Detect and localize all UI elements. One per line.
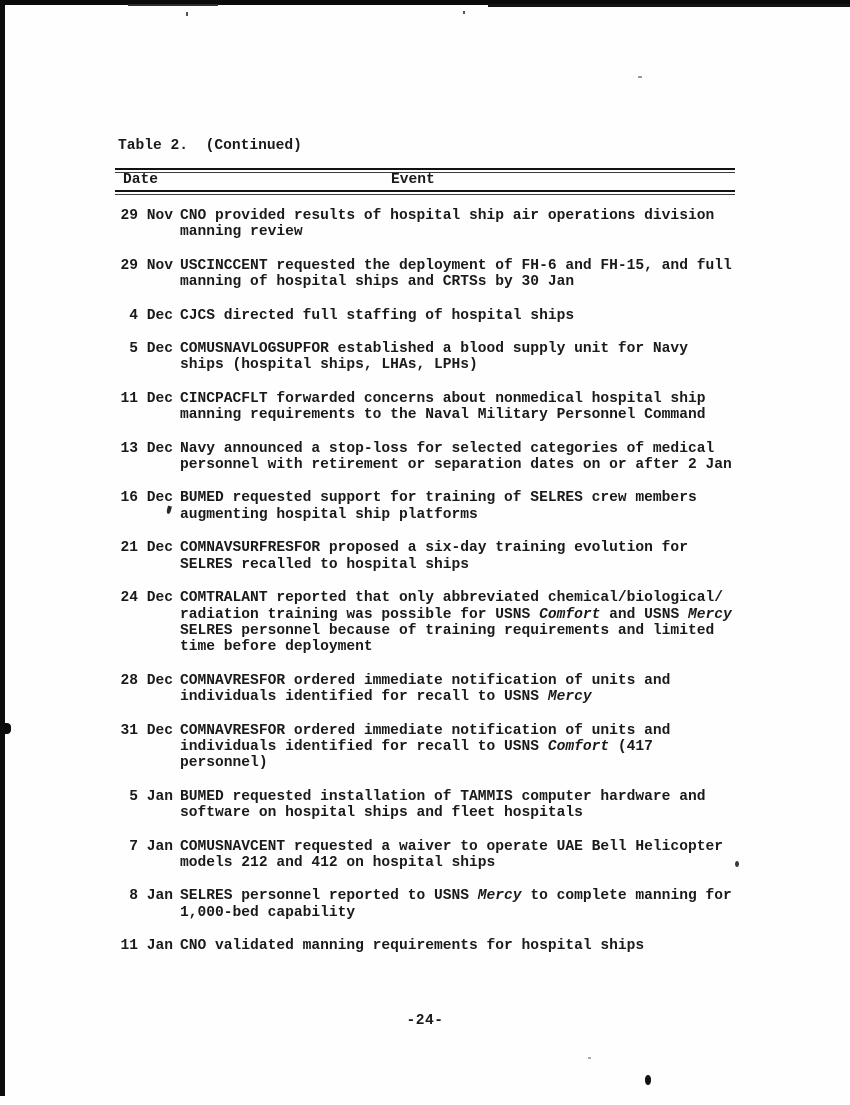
table-row: 4 DecCJCS directed full staffing of hosp…	[115, 308, 735, 324]
event-line: CINCPACFLT forwarded concerns about nonm…	[180, 391, 705, 407]
event-line: radiation training was possible for USNS…	[180, 607, 732, 623]
date-cell: 7 Jan	[115, 839, 173, 872]
table-row: 11 JanCNO validated manning requirements…	[115, 938, 735, 954]
event-line: SELRES personnel reported to USNS Mercy …	[180, 888, 732, 904]
event-line: personnel)	[180, 755, 670, 771]
event-line: COMNAVRESFOR ordered immediate notificat…	[180, 673, 670, 689]
event-line: COMNAVRESFOR ordered immediate notificat…	[180, 723, 670, 739]
event-cell: BUMED requested installation of TAMMIS c…	[180, 789, 705, 822]
scan-speck	[735, 861, 739, 867]
event-line: manning of hospital ships and CRTSs by 3…	[180, 274, 732, 290]
table-header-row: Date Event	[115, 174, 735, 187]
date-cell: 11 Dec	[115, 391, 173, 424]
scan-edge-notch	[0, 723, 11, 734]
event-cell: CINCPACFLT forwarded concerns about nonm…	[180, 391, 705, 424]
table-body: 29 NovCNO provided results of hospital s…	[115, 208, 735, 955]
event-line: COMTRALANT reported that only abbreviate…	[180, 590, 732, 606]
page-number: -24-	[0, 1013, 850, 1029]
event-line: 1,000-bed capability	[180, 905, 732, 921]
table-row: 5 JanBUMED requested installation of TAM…	[115, 789, 735, 822]
event-cell: COMNAVRESFOR ordered immediate notificat…	[180, 673, 670, 706]
event-cell: COMNAVRESFOR ordered immediate notificat…	[180, 723, 670, 772]
date-cell: 16 Dec	[115, 490, 173, 523]
table-row: 28 DecCOMNAVRESFOR ordered immediate not…	[115, 673, 735, 706]
date-cell: 5 Dec	[115, 341, 173, 374]
event-line: SELRES personnel because of training req…	[180, 623, 732, 639]
event-cell: COMUSNAVLOGSUPFOR established a blood su…	[180, 341, 688, 374]
event-cell: Navy announced a stop-loss for selected …	[180, 441, 732, 474]
event-cell: CJCS directed full staffing of hospital …	[180, 308, 574, 324]
table-row: 21 DecCOMNAVSURFRESFOR proposed a six-da…	[115, 540, 735, 573]
date-cell: 5 Jan	[115, 789, 173, 822]
event-cell: CNO validated manning requirements for h…	[180, 938, 644, 954]
table-title: Table 2. (Continued)	[115, 138, 735, 154]
page-content: Table 2. (Continued) Date Event 29 NovCN…	[115, 138, 735, 972]
event-line: manning review	[180, 224, 714, 240]
event-line: manning requirements to the Naval Milita…	[180, 407, 705, 423]
date-cell: 13 Dec	[115, 441, 173, 474]
event-line: time before deployment	[180, 639, 732, 655]
event-line: models 212 and 412 on hospital ships	[180, 855, 723, 871]
event-cell: SELRES personnel reported to USNS Mercy …	[180, 888, 732, 921]
event-cell: USCINCCENT requested the deployment of F…	[180, 258, 732, 291]
date-cell: 8 Jan	[115, 888, 173, 921]
scan-dust	[186, 12, 188, 16]
event-line: individuals identified for recall to USN…	[180, 739, 670, 755]
scan-edge-top-smudge	[128, 4, 218, 6]
date-cell: 21 Dec	[115, 540, 173, 573]
date-cell: 29 Nov	[115, 208, 173, 241]
date-cell: 24 Dec	[115, 590, 173, 656]
table-row: 31 DecCOMNAVRESFOR ordered immediate not…	[115, 723, 735, 772]
scan-dust	[638, 76, 642, 78]
table-row: 11 DecCINCPACFLT forwarded concerns abou…	[115, 391, 735, 424]
event-line: personnel with retirement or separation …	[180, 457, 732, 473]
event-line: Navy announced a stop-loss for selected …	[180, 441, 732, 457]
event-cell: BUMED requested support for training of …	[180, 490, 697, 523]
table-header-rule	[115, 190, 735, 195]
scan-edge-left	[0, 0, 5, 1096]
event-line: CNO provided results of hospital ship ai…	[180, 208, 714, 224]
date-cell: 11 Jan	[115, 938, 173, 954]
event-cell: COMUSNAVCENT requested a waiver to opera…	[180, 839, 723, 872]
table-row: 8 JanSELRES personnel reported to USNS M…	[115, 888, 735, 921]
event-line: SELRES recalled to hospital ships	[180, 557, 688, 573]
date-cell: 4 Dec	[115, 308, 173, 324]
event-line: CNO validated manning requirements for h…	[180, 938, 644, 954]
table-row: 5 DecCOMUSNAVLOGSUPFOR established a blo…	[115, 341, 735, 374]
event-cell: COMTRALANT reported that only abbreviate…	[180, 590, 732, 656]
event-line: CJCS directed full staffing of hospital …	[180, 308, 574, 324]
scan-dust	[463, 11, 465, 14]
event-line: ships (hospital ships, LHAs, LPHs)	[180, 357, 688, 373]
event-line: COMNAVSURFRESFOR proposed a six-day trai…	[180, 540, 688, 556]
table-row: 29 NovUSCINCCENT requested the deploymen…	[115, 258, 735, 291]
scan-dust	[588, 1057, 591, 1059]
column-header-date: Date	[123, 173, 158, 187]
event-line: individuals identified for recall to USN…	[180, 689, 670, 705]
event-line: augmenting hospital ship platforms	[180, 507, 697, 523]
column-header-event: Event	[391, 173, 435, 187]
event-line: software on hospital ships and fleet hos…	[180, 805, 705, 821]
scan-edge-top-dark	[488, 4, 850, 7]
scanned-page: Table 2. (Continued) Date Event 29 NovCN…	[0, 0, 850, 1105]
date-cell: 31 Dec	[115, 723, 173, 772]
date-cell: 28 Dec	[115, 673, 173, 706]
event-cell: CNO provided results of hospital ship ai…	[180, 208, 714, 241]
scan-speck	[645, 1075, 651, 1085]
table-row: 24 DecCOMTRALANT reported that only abbr…	[115, 590, 735, 656]
event-line: COMUSNAVLOGSUPFOR established a blood su…	[180, 341, 688, 357]
table-row: 16 DecBUMED requested support for traini…	[115, 490, 735, 523]
date-cell: 29 Nov	[115, 258, 173, 291]
event-line: BUMED requested installation of TAMMIS c…	[180, 789, 705, 805]
event-cell: COMNAVSURFRESFOR proposed a six-day trai…	[180, 540, 688, 573]
table-row: 7 JanCOMUSNAVCENT requested a waiver to …	[115, 839, 735, 872]
event-line: COMUSNAVCENT requested a waiver to opera…	[180, 839, 723, 855]
table-row: 13 DecNavy announced a stop-loss for sel…	[115, 441, 735, 474]
event-line: BUMED requested support for training of …	[180, 490, 697, 506]
event-line: USCINCCENT requested the deployment of F…	[180, 258, 732, 274]
table-row: 29 NovCNO provided results of hospital s…	[115, 208, 735, 241]
